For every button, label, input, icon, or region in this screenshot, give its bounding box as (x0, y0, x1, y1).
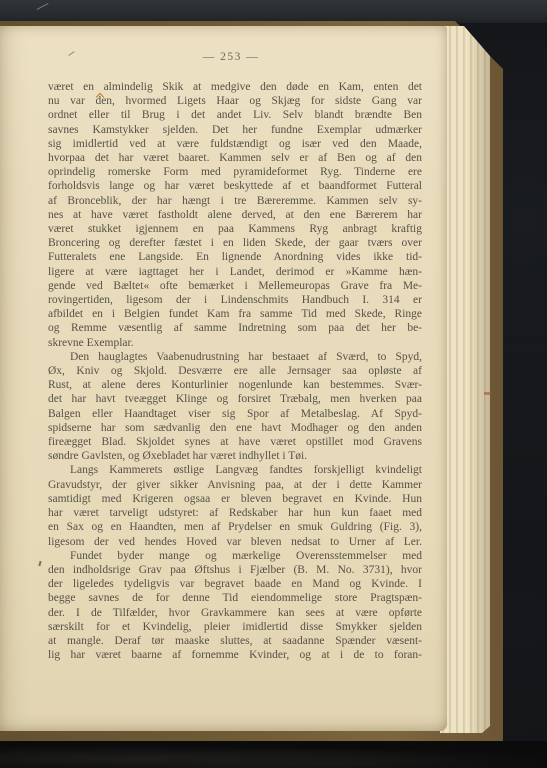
text-line: har været tarveligt udstyret: af Redskab… (48, 506, 422, 520)
text-line: været stukket igjennem en paa Kammens Ry… (48, 222, 422, 236)
text-line: Fundet byder mange og mærkelige Overenss… (48, 549, 422, 563)
text-line: oprindelig romerske Form med pyramidefor… (48, 165, 422, 179)
text-line: at mangle. Deraf tør maaske sluttes, at … (48, 634, 422, 648)
text-line: Langs Kammerets østlige Langvæg fandtes … (48, 463, 422, 477)
text-block: været en almindelig Skik at medgive den … (48, 80, 422, 662)
text-line: Futteralets ene Langside. En lignende An… (48, 250, 422, 264)
text-line: rovingertiden, ligesom der i Lindenschmi… (48, 293, 422, 307)
text-line: søndre Gavlsten, og Øxebladet har været … (48, 449, 422, 463)
text-line: Broncering og derefter fæstet i en liden… (48, 236, 422, 250)
book-page: — 253 — været en almindelig Skik at medg… (0, 26, 447, 731)
text-line: Rust, at alene deres Konturlinier nogenl… (48, 378, 422, 392)
text-line: en Sax og en Haandten, men af Prydelser … (48, 520, 422, 534)
text-line: der ligeledes tydeligvis var begravet ba… (48, 577, 422, 591)
background-top (0, 0, 547, 23)
text-line: det har havt tveægget Klinge og forsiret… (48, 392, 422, 406)
text-line: ligesom der ved hendes Hoved var bleven … (48, 535, 422, 549)
text-line: og Remme væsentlig af samme Indretning s… (48, 321, 422, 335)
text-line: der. I de Tilfælder, hvor Gravkammere ka… (48, 606, 422, 620)
text-line: Øx, Kniv og Skjold. Desværre ere alle Je… (48, 364, 422, 378)
background-bottom (0, 741, 547, 768)
text-line: ordnet eller til Brug i det andet Liv. S… (48, 108, 422, 122)
text-line: sig imidlertid ved at være fuldstændigt … (48, 137, 422, 151)
text-line: nes at have været fastholdt alene derved… (48, 208, 422, 222)
text-line: hvorpaa det har været baaret. Kammen sel… (48, 151, 422, 165)
book-scan: — 253 — været en almindelig Skik at medg… (0, 0, 547, 768)
text-line: samtidigt med Krigeren ogsaa er bleven b… (48, 492, 422, 506)
text-line: begge savnes de for denne Tid eiendommel… (48, 591, 422, 605)
text-line: savnes Kamstykker sjelden. Det her fundn… (48, 123, 422, 137)
text-line: afbildet en i Belgien fundet Kam fra sam… (48, 307, 422, 321)
page-fore-edge (440, 26, 490, 733)
text-line: forholdsvis lange og har været beskytted… (48, 179, 422, 193)
text-line: særskilt for et Kvindelig, pleier imidle… (48, 620, 422, 634)
text-line: af Bronceblik, der har hængt i tre Bærer… (48, 194, 422, 208)
text-line: spidserne har som sædvanlig den ene havt… (48, 421, 422, 435)
text-line: fireægget Blad. Skjoldet synes at have v… (48, 435, 422, 449)
text-line: lig har været baarne af fornemme Kvinder… (48, 648, 422, 662)
text-line: Gravudstyr, der giver sikker Anvisning p… (48, 478, 422, 492)
text-line: den indholdsrige Grav paa Øftshus i Fjæl… (48, 563, 422, 577)
text-line: været en almindelig Skik at medgive den … (48, 80, 422, 94)
text-line: Balgen eller Haandtaget viser sig Spor a… (48, 407, 422, 421)
text-line: Den hauglagtes Vaabenudrustning har best… (48, 350, 422, 364)
text-line: ligere at være iagttaget her i Landet, d… (48, 265, 422, 279)
text-line: gende ved Bæltet« ofte bemærket i Mellem… (48, 279, 422, 293)
scan-mark-red-tick (484, 392, 491, 395)
text-line: skrevne Exemplar. (48, 336, 422, 350)
